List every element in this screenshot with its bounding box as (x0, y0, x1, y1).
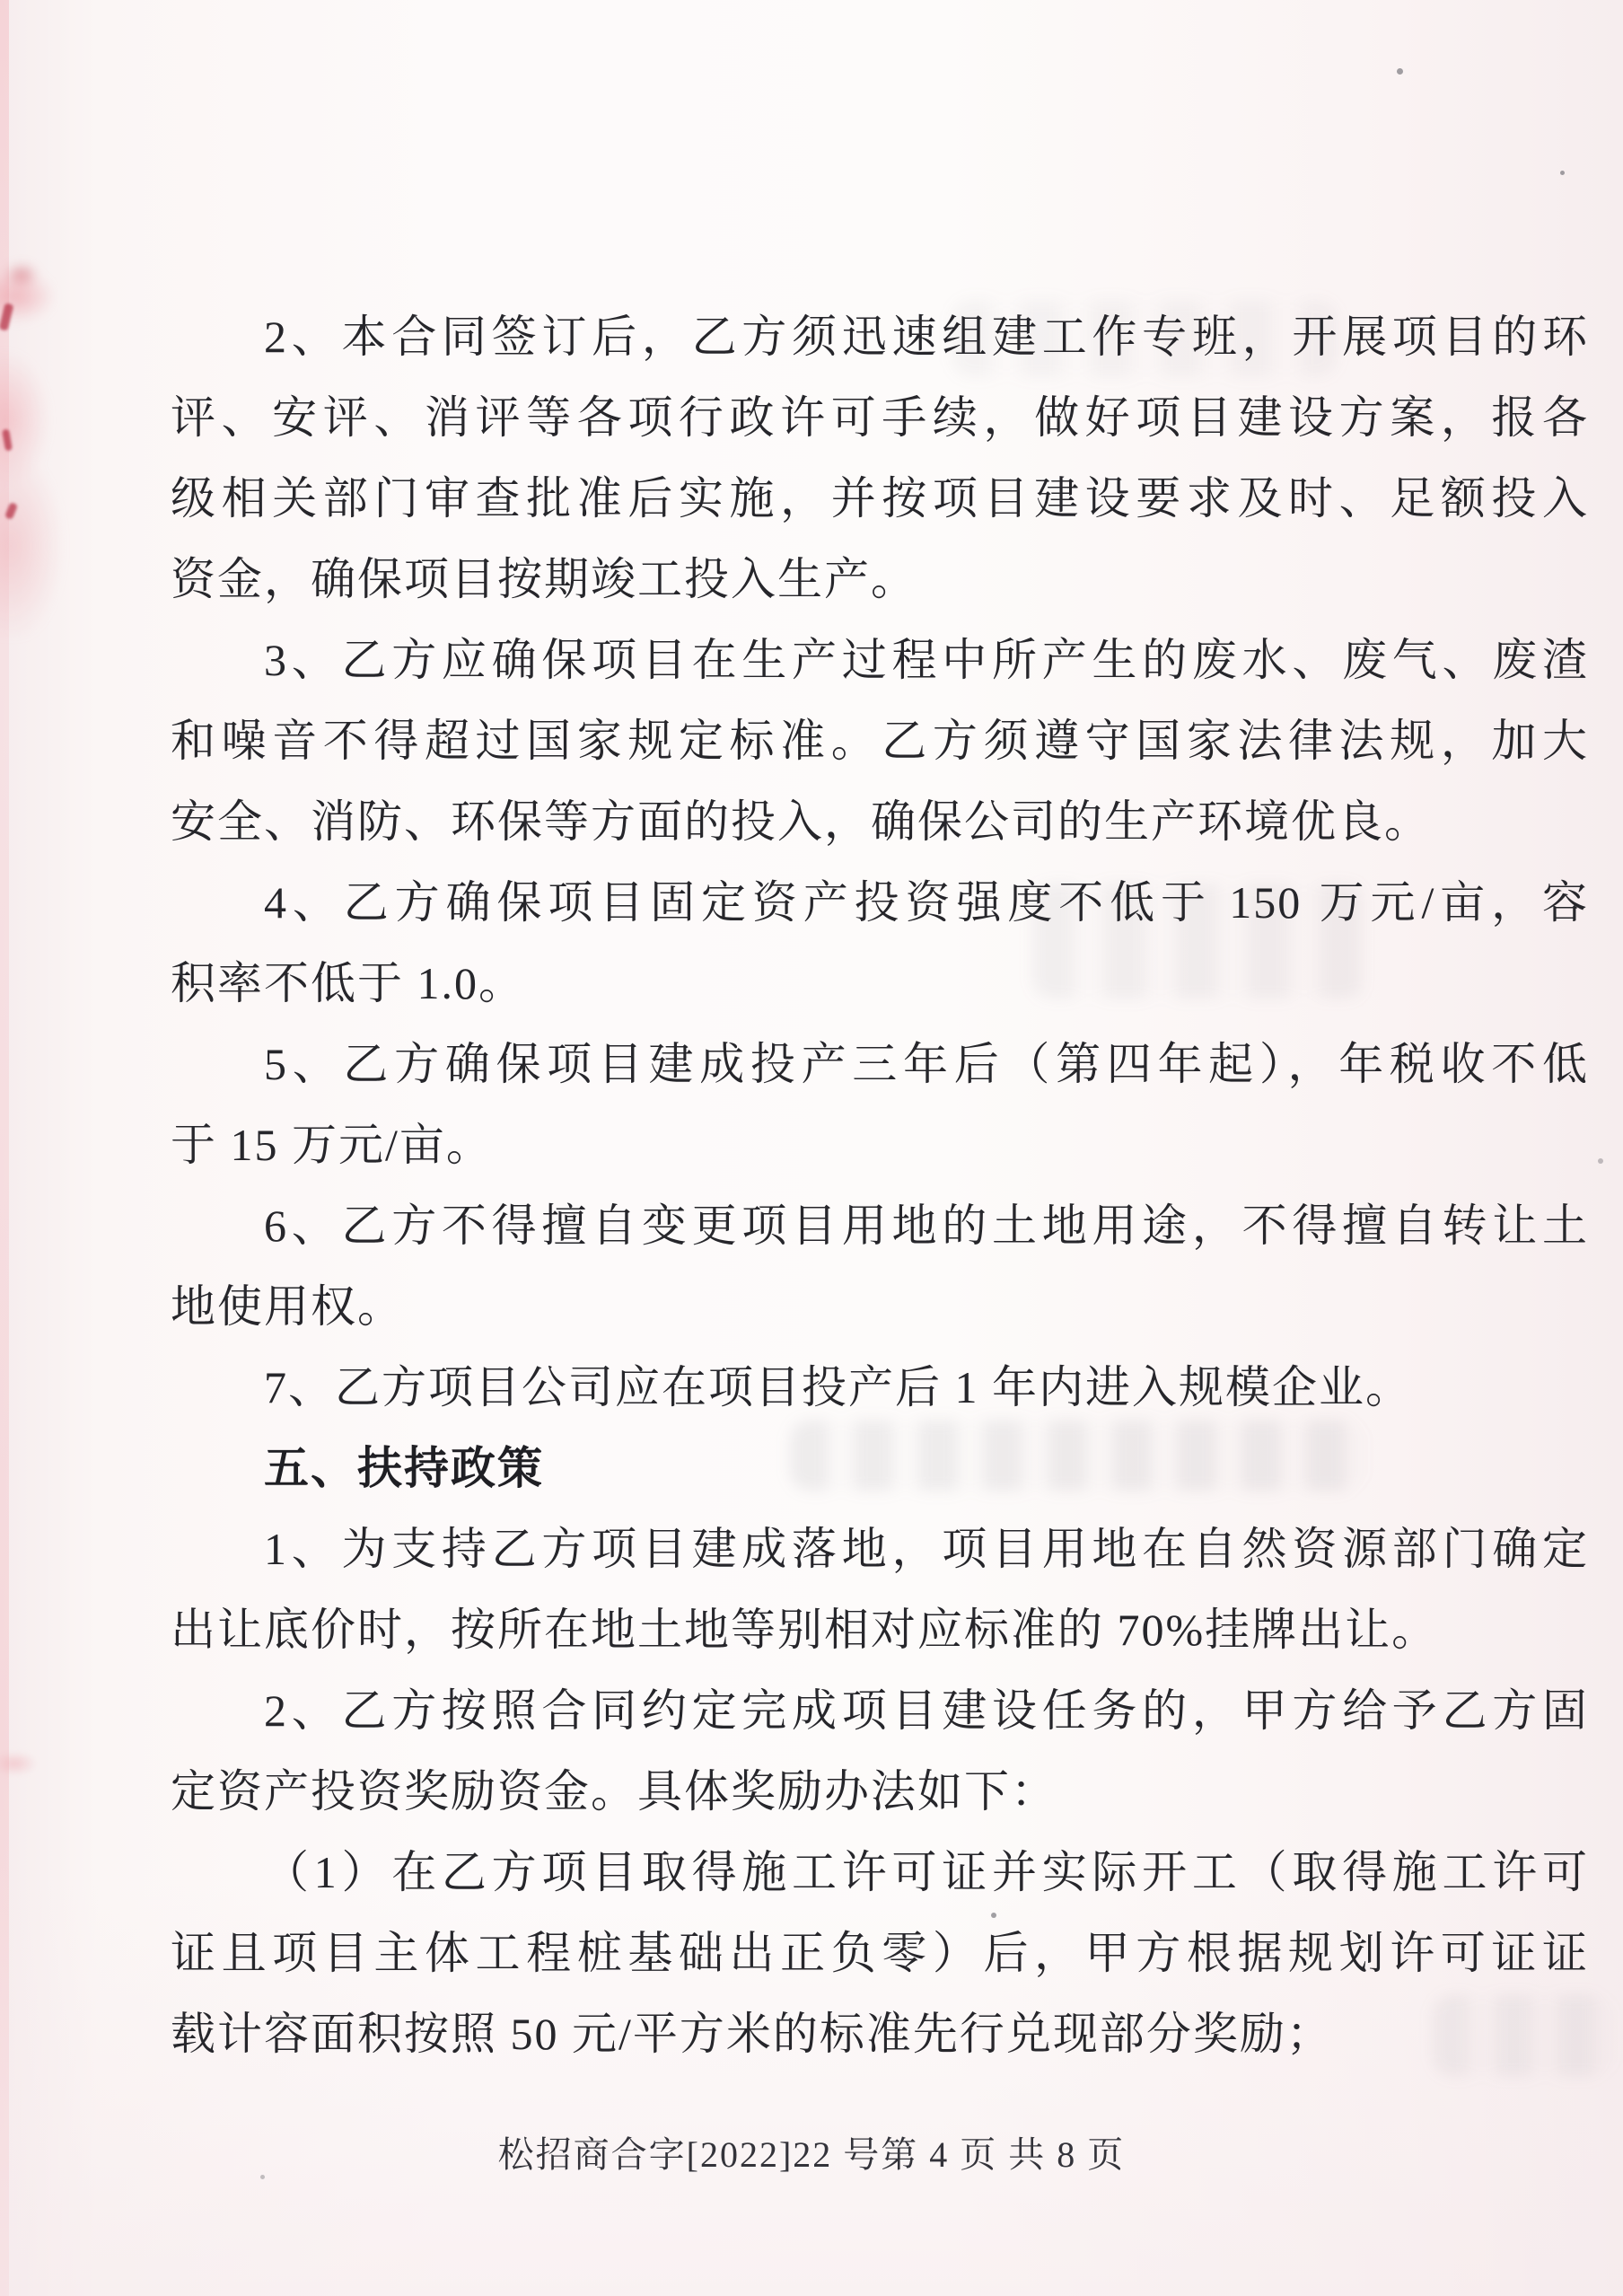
contract-line: 积率不低于 1.0。 (171, 943, 1589, 1024)
contract-line: 于 15 万元/亩。 (171, 1104, 1589, 1185)
contract-line: 安全、消防、环保等方面的投入，确保公司的生产环境优良。 (171, 781, 1589, 862)
contract-line: 地使用权。 (171, 1266, 1589, 1347)
contract-line: 6、乙方不得擅自变更项目用地的土地用途，不得擅自转让土 (171, 1185, 1589, 1266)
contract-page: 2、本合同签订后，乙方须迅速组建工作专班，开展项目的环 评、安评、消评等各项行政… (0, 0, 1623, 2296)
dust-speck (1397, 68, 1403, 75)
section-heading: 五、扶持政策 (171, 1428, 1589, 1509)
contract-line: 3、乙方应确保项目在生产过程中所产生的废水、废气、废渣 (171, 620, 1589, 700)
contract-line: 和噪音不得超过国家规定标准。乙方须遵守国家法律法规，加大 (171, 700, 1589, 781)
contract-line: 5、乙方确保项目建成投产三年后（第四年起），年税收不低 (171, 1024, 1589, 1104)
dust-speck (1560, 171, 1565, 175)
contract-line: 4、乙方确保项目固定资产投资强度不低于 150 万元/亩，容 (171, 862, 1589, 943)
stamp-ink-smudge-small (0, 1747, 48, 1781)
contract-line: 证且项目主体工程桩基础出正负零）后，甲方根据规划许可证证 (171, 1913, 1589, 1993)
contract-line: 7、乙方项目公司应在项目投产后 1 年内进入规模企业。 (171, 1347, 1589, 1428)
contract-line: 评、安评、消评等各项行政许可手续，做好项目建设方案，报各 (171, 377, 1589, 458)
contract-line: 资金，确保项目按期竣工投入生产。 (171, 539, 1589, 620)
contract-line: 2、乙方按照合同约定完成项目建设任务的，甲方给予乙方固 (171, 1670, 1589, 1751)
page-footer: 松招商合字[2022]22 号第 4 页 共 8 页 (0, 2126, 1623, 2177)
contract-line: 定资产投资奖励资金。具体奖励办法如下： (171, 1751, 1589, 1832)
contract-line: 载计容面积按照 50 元/平方米的标准先行兑现部分奖励； (171, 1993, 1589, 2074)
contract-line: 出让底价时，按所在地土地等别相对应标准的 70%挂牌出让。 (171, 1589, 1589, 1670)
contract-text-block: 2、本合同签订后，乙方须迅速组建工作专班，开展项目的环 评、安评、消评等各项行政… (171, 296, 1589, 2074)
contract-line: 1、为支持乙方项目建成落地，项目用地在自然资源部门确定 (171, 1509, 1589, 1589)
contract-line: （1）在乙方项目取得施工许可证并实际开工（取得施工许可 (171, 1832, 1589, 1913)
contract-line: 2、本合同签订后，乙方须迅速组建工作专班，开展项目的环 (171, 296, 1589, 377)
contract-line: 级相关部门审查批准后实施，并按项目建设要求及时、足额投入 (171, 458, 1589, 539)
dust-speck (1598, 1158, 1603, 1164)
